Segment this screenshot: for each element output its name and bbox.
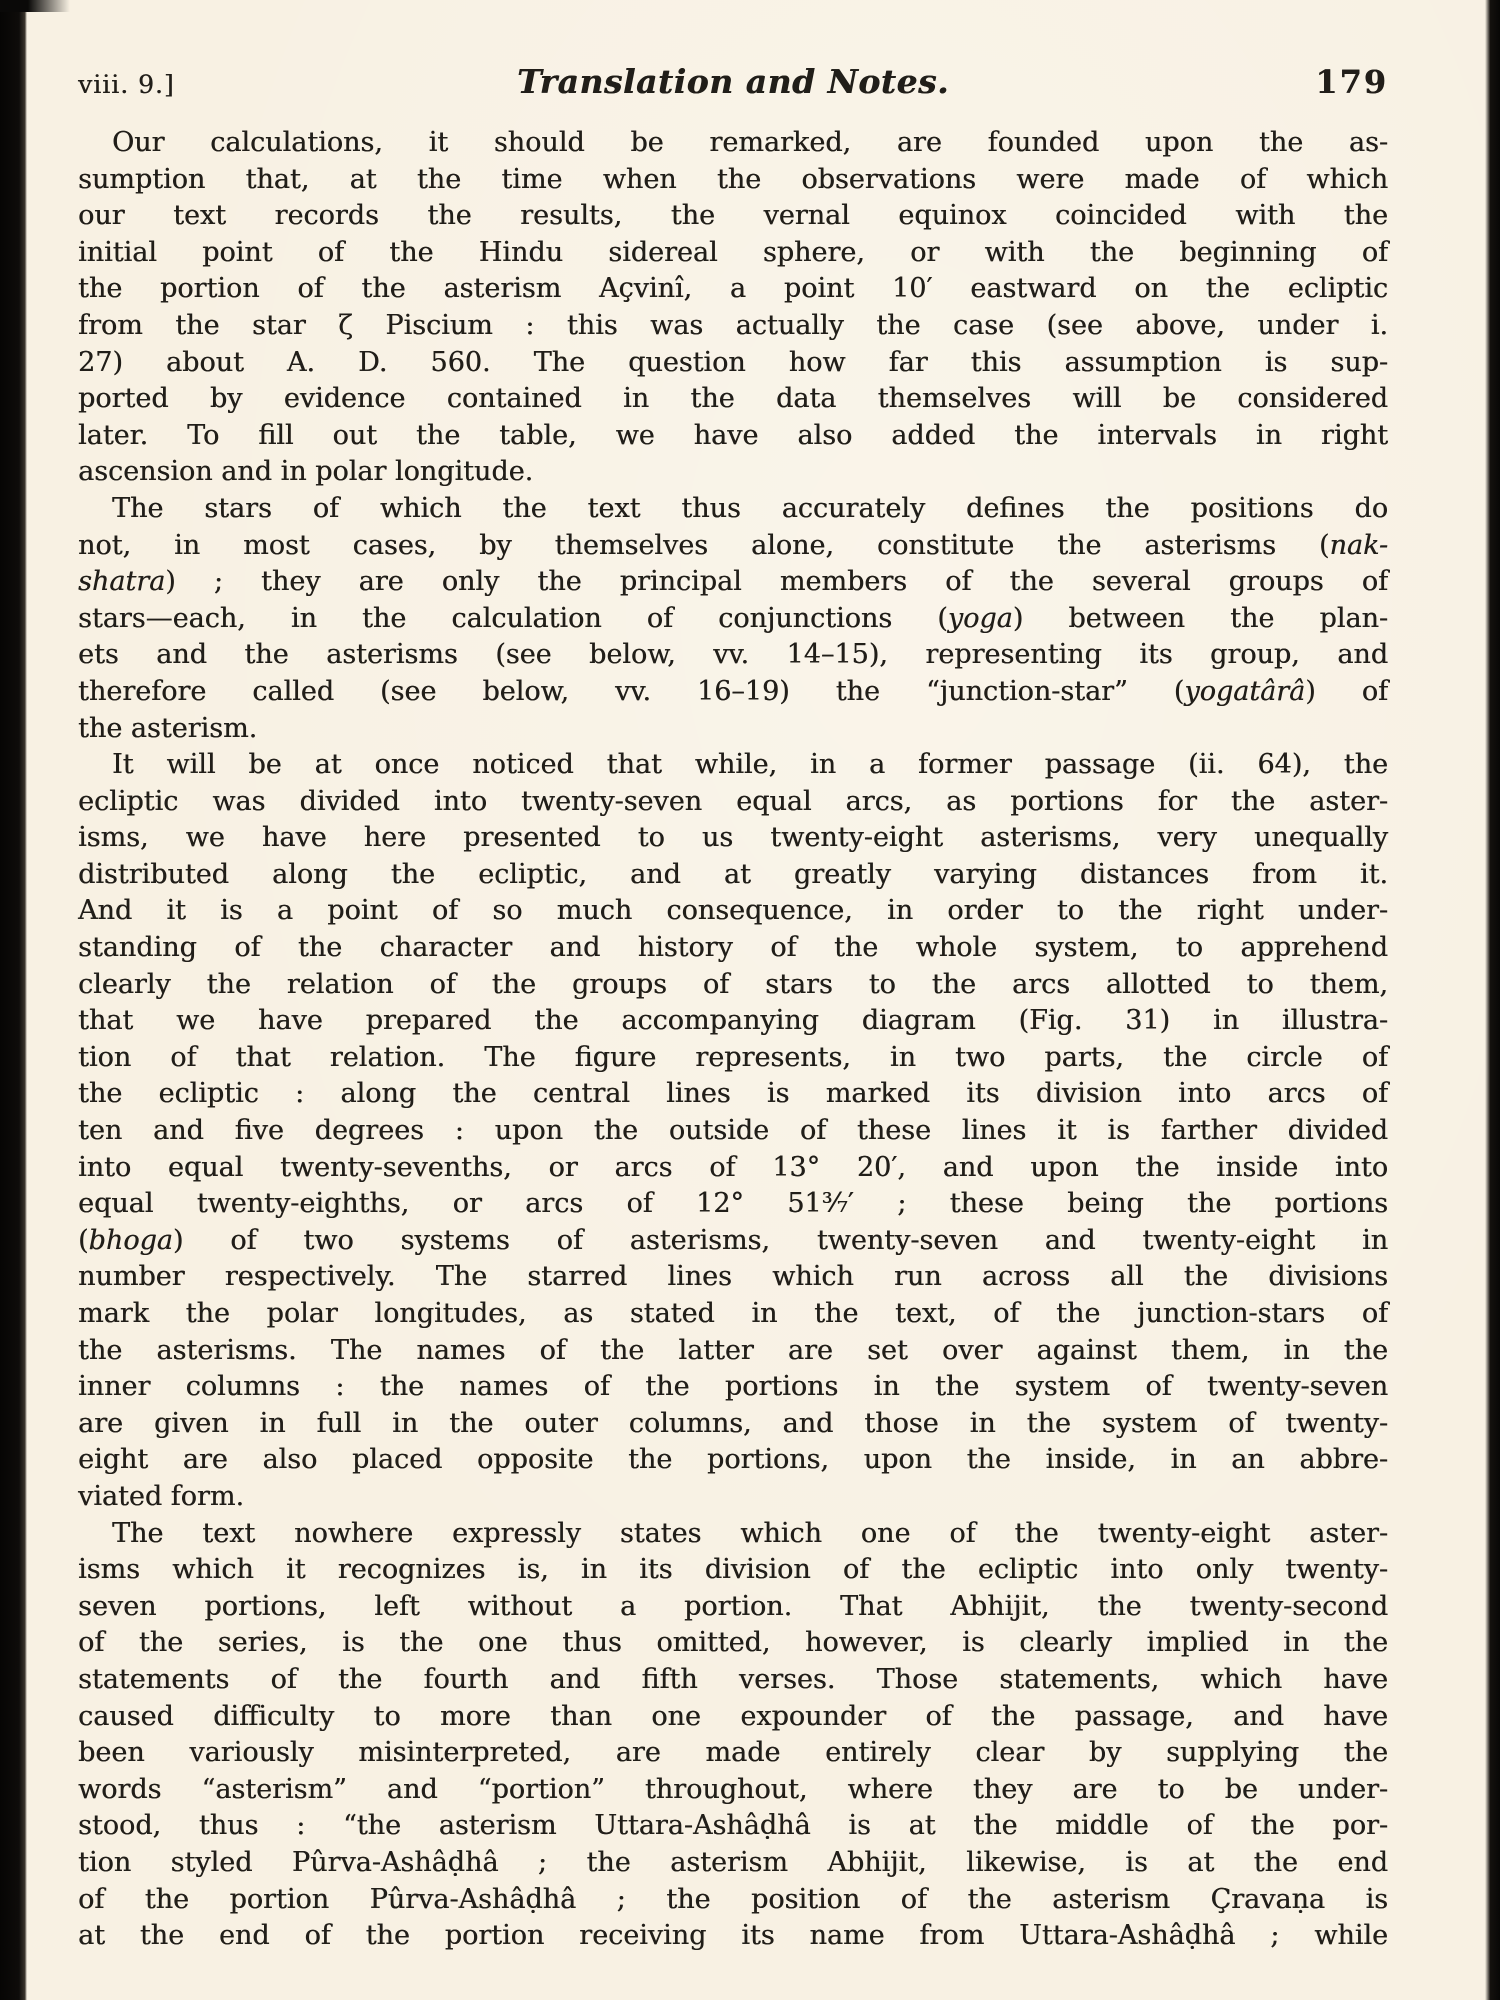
text-line: shatra) ; they are only the principal me… — [78, 564, 1388, 601]
text-line: It will be at once noticed that while, i… — [78, 747, 1388, 784]
text-line: tion styled Pûrva-Ashâḍhâ ; the asterism… — [78, 1845, 1388, 1882]
text-line: mark the polar longitudes, as stated in … — [78, 1296, 1388, 1333]
text-line: isms which it recognizes is, in its divi… — [78, 1552, 1388, 1589]
text-line: The text nowhere expressly states which … — [78, 1516, 1388, 1553]
text-line: Our calculations, it should be remarked,… — [78, 125, 1388, 162]
text-line: been variously misinterpreted, are made … — [78, 1735, 1388, 1772]
text-line: ascension and in polar longitude. — [78, 454, 1388, 491]
text-line: sumption that, at the time when the obse… — [78, 162, 1388, 199]
text-line: isms, we have here presented to us twent… — [78, 820, 1388, 857]
text-line: ecliptic was divided into twenty-seven e… — [78, 784, 1388, 821]
page-number: 179 — [1168, 63, 1388, 101]
paragraph: It will be at once noticed that while, i… — [78, 747, 1388, 1515]
section-reference: viii. 9.] — [78, 70, 298, 99]
text-column: Our calculations, it should be remarked,… — [78, 125, 1388, 1955]
text-line: clearly the relation of the groups of st… — [78, 967, 1388, 1004]
scan-corner-smudge — [0, 0, 70, 12]
text-line: viated form. — [78, 1479, 1388, 1516]
text-line: therefore called (see below, vv. 16–19) … — [78, 674, 1388, 711]
text-line: stars—each, in the calculation of conjun… — [78, 601, 1388, 638]
text-line: into equal twenty-sevenths, or arcs of 1… — [78, 1150, 1388, 1187]
running-head: viii. 9.] Translation and Notes. 179 — [78, 62, 1388, 108]
text-line: ten and five degrees : upon the outside … — [78, 1113, 1388, 1150]
text-line: stood, thus : “the asterism Uttara-Ashâḍ… — [78, 1808, 1388, 1845]
text-line: seven portions, left without a portion. … — [78, 1589, 1388, 1626]
scan-edge-left — [0, 0, 27, 2000]
text-line: the asterisms. The names of the latter a… — [78, 1333, 1388, 1370]
text-line: caused difficulty to more than one expou… — [78, 1699, 1388, 1736]
paragraph: The text nowhere expressly states which … — [78, 1516, 1388, 1955]
text-line: of the portion Pûrva-Ashâḍhâ ; the posit… — [78, 1882, 1388, 1919]
page-title: Translation and Notes. — [298, 62, 1168, 101]
text-line: of the series, is the one thus omitted, … — [78, 1625, 1388, 1662]
text-line: distributed along the ecliptic, and at g… — [78, 857, 1388, 894]
text-line: number respectively. The starred lines w… — [78, 1259, 1388, 1296]
text-line: at the end of the portion receiving its … — [78, 1918, 1388, 1955]
text-line: initial point of the Hindu sidereal sphe… — [78, 235, 1388, 272]
text-line: the asterism. — [78, 711, 1388, 748]
text-line: equal twenty-eighths, or arcs of 12° 51³… — [78, 1186, 1388, 1223]
paragraph: The stars of which the text thus accurat… — [78, 491, 1388, 747]
scanned-page: viii. 9.] Translation and Notes. 179 Our… — [0, 0, 1500, 2000]
scan-edge-right — [1485, 0, 1500, 2000]
text-line: the ecliptic : along the central lines i… — [78, 1076, 1388, 1113]
text-line: that we have prepared the accompanying d… — [78, 1003, 1388, 1040]
text-line: from the star ζ Piscium : this was actua… — [78, 308, 1388, 345]
text-line: 27) about A. D. 560. The question how fa… — [78, 345, 1388, 382]
text-line: statements of the fourth and fifth verse… — [78, 1662, 1388, 1699]
text-line: our text records the results, the vernal… — [78, 198, 1388, 235]
text-line: (bhoga) of two systems of asterisms, twe… — [78, 1223, 1388, 1260]
text-line: tion of that relation. The figure repres… — [78, 1040, 1388, 1077]
text-line: later. To fill out the table, we have al… — [78, 418, 1388, 455]
paragraph: Our calculations, it should be remarked,… — [78, 125, 1388, 491]
text-line: ets and the asterisms (see below, vv. 14… — [78, 637, 1388, 674]
text-line: And it is a point of so much consequence… — [78, 893, 1388, 930]
text-line: the portion of the asterism Açvinî, a po… — [78, 271, 1388, 308]
text-line: inner columns : the names of the portion… — [78, 1369, 1388, 1406]
text-line: words “asterism” and “portion” throughou… — [78, 1772, 1388, 1809]
page-content: viii. 9.] Translation and Notes. 179 Our… — [78, 0, 1388, 1955]
text-line: are given in full in the outer columns, … — [78, 1406, 1388, 1443]
text-line: eight are also placed opposite the porti… — [78, 1442, 1388, 1479]
text-line: standing of the character and history of… — [78, 930, 1388, 967]
text-line: not, in most cases, by themselves alone,… — [78, 528, 1388, 565]
text-line: The stars of which the text thus accurat… — [78, 491, 1388, 528]
text-line: ported by evidence contained in the data… — [78, 381, 1388, 418]
